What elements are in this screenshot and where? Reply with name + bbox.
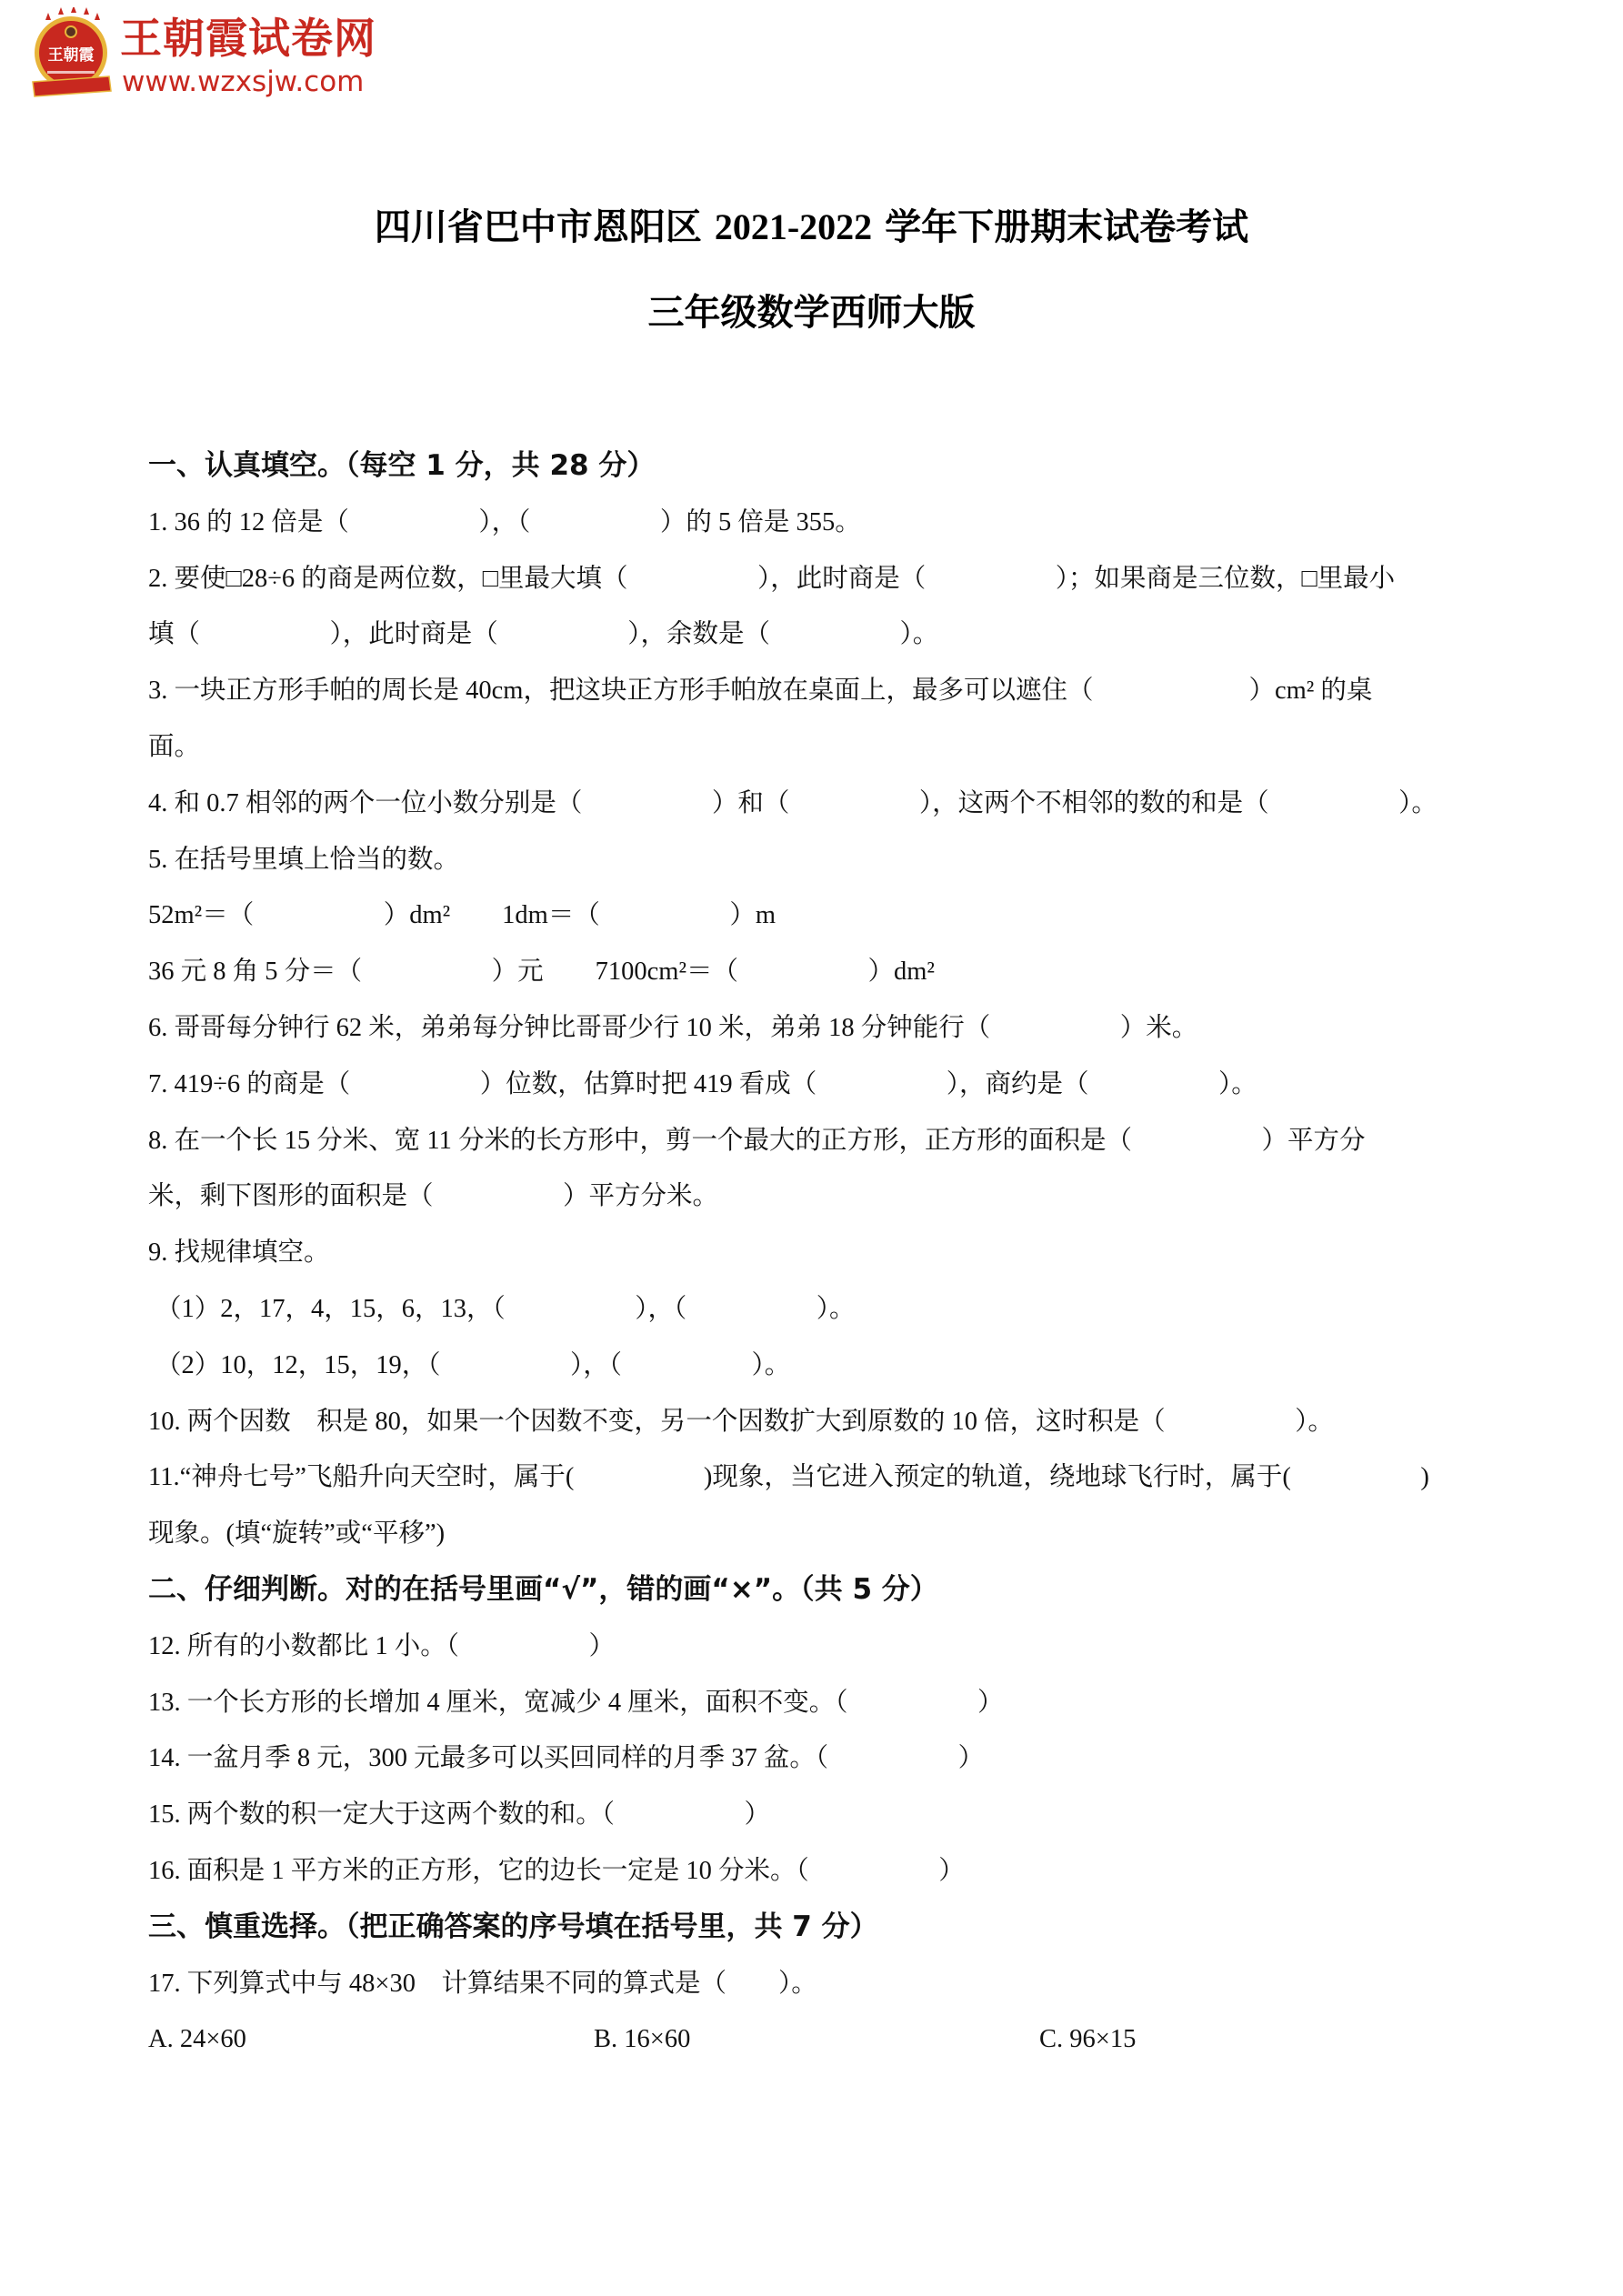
question-15: 15. 两个数的积一定大于这两个数的和。（ ） <box>148 1787 1485 1843</box>
question-8: 8. 在一个长 15 分米、宽 11 分米的长方形中，剪一个最大的正方形，正方形… <box>148 1113 1485 1169</box>
question-13: 13. 一个长方形的长增加 4 厘米，宽减少 4 厘米，面积不变。（ ） <box>148 1675 1485 1731</box>
section-heading-true-false: 二、仔细判断。对的在括号里画“√”，错的画“×”。（共 5 分） <box>148 1562 1485 1619</box>
option-b: B. 16×60 <box>594 2011 690 2068</box>
question-2: 2. 要使□28÷6 的商是两位数，□里最大填（ ），此时商是（ ）；如果商是三… <box>148 551 1485 607</box>
question-3-cont: 面。 <box>148 719 1485 776</box>
question-5-b: 36 元 8 角 5 分＝（ ）元 7100cm²＝（ ）dm² <box>148 944 1485 1000</box>
question-8-cont: 米，剩下图形的面积是（ ）平方分米。 <box>148 1168 1485 1225</box>
question-7: 7. 419÷6 的商是（ ）位数，估算时把 419 看成（ ），商约是（ ）。 <box>148 1057 1485 1113</box>
section-heading-fill-blank: 一、认真填空。（每空 1 分，共 28 分） <box>148 438 1485 495</box>
brand-url[interactable]: www.wzxsjw.com <box>122 65 364 98</box>
question-9-1: （1）2，17，4，15，6，13，（ ），（ ）。 <box>148 1281 1485 1338</box>
section-heading-choice: 三、慎重选择。（把正确答案的序号填在括号里，共 7 分） <box>148 1900 1485 1956</box>
svg-text:王朝霞: 王朝霞 <box>48 45 95 65</box>
question-14: 14. 一盆月季 8 元，300 元最多可以买回同样的月季 37 盆。（ ） <box>148 1730 1485 1787</box>
question-11: 11.“神舟七号”飞船升向天空时，属于( )现象，当它进入预定的轨道，绕地球飞行… <box>148 1449 1485 1506</box>
title-year: 2021-2022 <box>715 206 872 247</box>
question-17-options: A. 24×60 B. 16×60 C. 96×15 <box>148 2011 1485 2068</box>
question-3: 3. 一块正方形手帕的周长是 40cm，把这块正方形手帕放在桌面上，最多可以遮住… <box>148 663 1485 719</box>
exam-subtitle: 三年级数学西师大版 <box>0 287 1623 338</box>
site-logo: 王朝霞 王朝霞试卷网 www.wzxsjw.com <box>25 7 426 103</box>
exam-body: 一、认真填空。（每空 1 分，共 28 分） 1. 36 的 12 倍是（ ），… <box>148 438 1485 2068</box>
option-c: C. 96×15 <box>1039 2011 1136 2068</box>
question-5: 5. 在括号里填上恰当的数。 <box>148 832 1485 888</box>
question-9-2: （2）10，12，15，19，（ ），（ ）。 <box>148 1338 1485 1394</box>
badge-icon: 王朝霞 <box>25 7 116 100</box>
brand-name: 王朝霞试卷网 <box>120 13 376 64</box>
exam-title: 四川省巴中市恩阳区 2021-2022 学年下册期末试卷考试 <box>0 202 1623 253</box>
question-12: 12. 所有的小数都比 1 小。（ ） <box>148 1619 1485 1675</box>
question-9: 9. 找规律填空。 <box>148 1225 1485 1281</box>
question-1: 1. 36 的 12 倍是（ ），（ ）的 5 倍是 355。 <box>148 495 1485 551</box>
question-6: 6. 哥哥每分钟行 62 米，弟弟每分钟比哥哥少行 10 米，弟弟 18 分钟能… <box>148 1000 1485 1057</box>
question-17: 17. 下列算式中与 48×30 计算结果不同的算式是（ ）。 <box>148 1956 1485 2012</box>
question-10: 10. 两个因数 积是 80，如果一个因数不变，另一个因数扩大到原数的 10 倍… <box>148 1394 1485 1450</box>
question-11-cont: 现象。(填“旋转”或“平移”) <box>148 1506 1485 1562</box>
title-region: 四川省巴中市恩阳区 <box>375 206 715 248</box>
option-a: A. 24×60 <box>148 2011 246 2068</box>
question-2-cont: 填（ ），此时商是（ ），余数是（ ）。 <box>148 607 1485 663</box>
title-term: 学年下册期末试卷考试 <box>872 206 1248 248</box>
question-5-a: 52m²＝（ ）dm² 1dm＝（ ）m <box>148 887 1485 944</box>
question-16: 16. 面积是 1 平方米的正方形，它的边长一定是 10 分米。（ ） <box>148 1843 1485 1900</box>
question-4: 4. 和 0.7 相邻的两个一位小数分别是（ ）和（ ），这两个不相邻的数的和是… <box>148 776 1485 832</box>
